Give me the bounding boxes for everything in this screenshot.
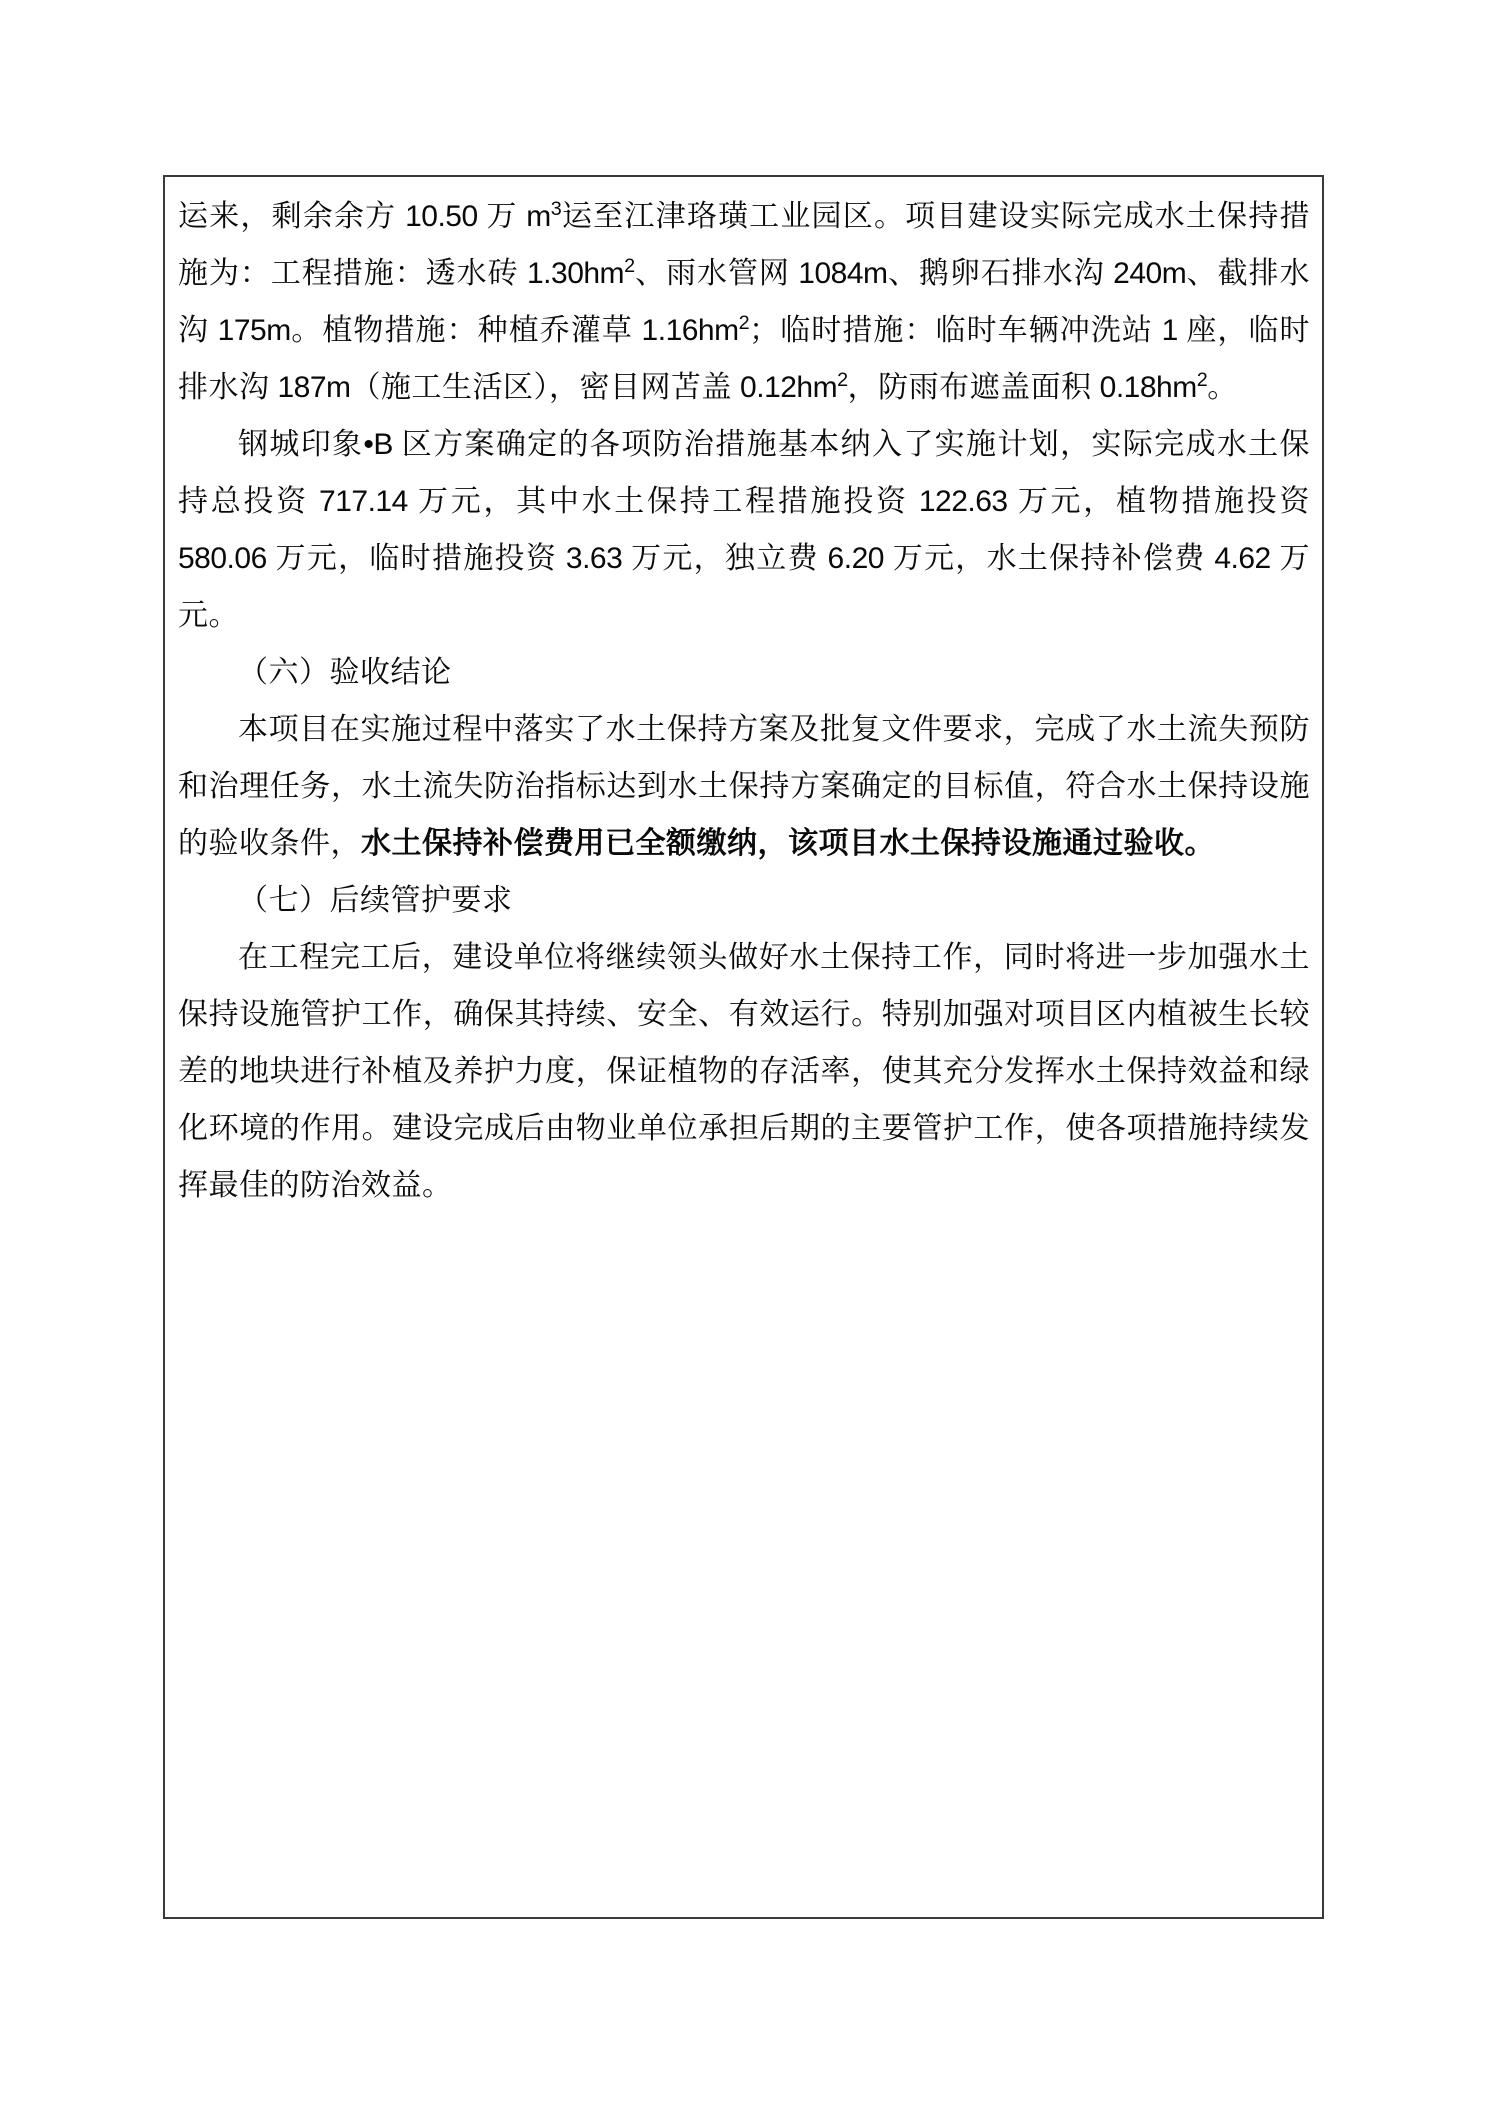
- text-run: 1.30hm: [527, 257, 624, 290]
- text-run: 6.20: [828, 542, 884, 575]
- text-run: 2: [624, 255, 635, 277]
- text-run: 187m: [278, 371, 351, 404]
- text-run: 2: [1197, 369, 1208, 391]
- para-acceptance-conclusion: 本项目在实施过程中落实了水土保持方案及批复文件要求，完成了水土流失预防和治理任务…: [178, 701, 1310, 872]
- text-run: （六）验收结论: [238, 656, 452, 689]
- text-run: 10.50: [405, 200, 478, 233]
- text-run: 在工程完工后，建设单位将继续领头做好水土保持工作，同时将进一步加强水土保持设施管…: [178, 941, 1310, 1202]
- text-run: 0.12hm: [740, 371, 837, 404]
- text-run: 万元，临时措施投资: [267, 542, 566, 575]
- text-run: 万元，其中水土保持工程措施投资: [408, 485, 919, 518]
- text-run: 、雨水管网: [635, 257, 799, 290]
- para-completed-measures: 运来，剩余余方 10.50 万 m3运至江津珞璜工业园区。项目建设实际完成水土保…: [178, 188, 1310, 416]
- text-run: 240m: [1113, 257, 1186, 290]
- text-run: 0.18hm: [1100, 371, 1197, 404]
- text-run: 175m: [218, 314, 291, 347]
- text-run: 122.63: [919, 485, 1008, 518]
- text-run: 1084m: [798, 257, 887, 290]
- text-run: （施工生活区），密目网苫盖: [351, 371, 741, 404]
- document-page: 运来，剩余余方 10.50 万 m3运至江津珞璜工业园区。项目建设实际完成水土保…: [0, 0, 1488, 2104]
- text-run: 运来，剩余余方: [178, 200, 405, 233]
- text-run: 。: [1207, 371, 1238, 404]
- text-run: 2: [739, 312, 750, 334]
- text-run: 717.14: [319, 485, 408, 518]
- heading-section-7: （七）后续管护要求: [178, 872, 1310, 929]
- text-run: 、鹅卵石排水沟: [888, 257, 1114, 290]
- text-run: 万: [478, 200, 527, 233]
- text-run: 万元，独立费: [622, 542, 827, 575]
- text-run: 万元，植物措施投资: [1008, 485, 1310, 518]
- text-run: •B: [363, 428, 393, 461]
- text-run: ，防雨布遮盖面积: [848, 371, 1100, 404]
- text-run: 580.06: [178, 542, 267, 575]
- document-body: 运来，剩余余方 10.50 万 m3运至江津珞璜工业园区。项目建设实际完成水土保…: [165, 177, 1322, 1214]
- text-run: 2: [837, 369, 848, 391]
- text-run: 钢城印象: [238, 428, 363, 461]
- text-run: 万元，水土保持补偿费: [884, 542, 1214, 575]
- heading-section-6: （六）验收结论: [178, 644, 1310, 701]
- text-run: 水土保持补偿费用已全额缴纳，该项目水土保持设施通过验收。: [361, 827, 1215, 860]
- document-table-cell-border: 运来，剩余余方 10.50 万 m3运至江津珞璜工业园区。项目建设实际完成水土保…: [163, 175, 1324, 1919]
- text-run: 。植物措施：种植乔灌草: [291, 314, 642, 347]
- text-run: 3: [551, 198, 562, 220]
- para-investment: 钢城印象•B 区方案确定的各项防治措施基本纳入了实施计划，实际完成水土保持总投资…: [178, 416, 1310, 644]
- text-run: 1.16hm: [642, 314, 739, 347]
- para-follow-up-maintenance: 在工程完工后，建设单位将继续领头做好水土保持工作，同时将进一步加强水土保持设施管…: [178, 929, 1310, 1214]
- text-run: （七）后续管护要求: [238, 884, 513, 917]
- text-run: ；临时措施：临时车辆冲洗站: [749, 314, 1161, 347]
- text-run: 1: [1162, 314, 1178, 347]
- text-run: 4.62: [1214, 542, 1270, 575]
- text-run: 3.63: [566, 542, 622, 575]
- text-run: m: [526, 200, 551, 233]
